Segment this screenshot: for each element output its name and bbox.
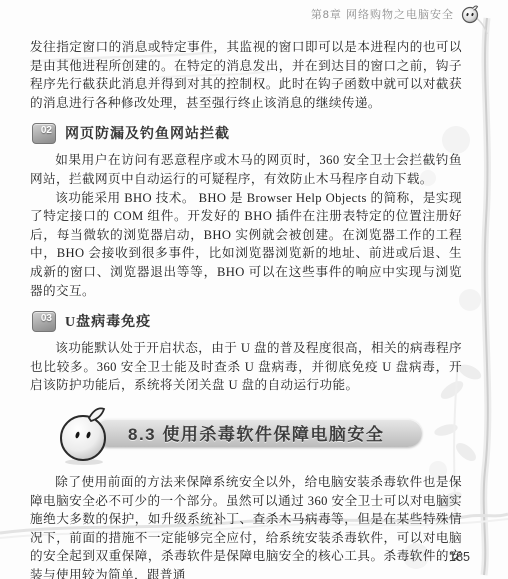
book-page: 第8章 网络购物之电脑安全 发往指定窗口的消息或特定事件，其监视的窗口即可以是本… <box>0 0 508 579</box>
section-02-paragraph-1: 如果用户在访问有恶意程序或木马的网页时，360 安全卫士会拦截钓鱼网站，拦截网页… <box>30 151 462 188</box>
section-83-heading: 8.3 使用杀毒软件保障电脑安全 <box>28 405 462 467</box>
section-title-02: 网页防漏及钓鱼网站拦截 <box>65 123 230 143</box>
intro-paragraph: 发往指定窗口的消息或特定事件，其监视的窗口即可以是本进程内的也可以是由其他进程所… <box>30 38 462 112</box>
mini-face-icon <box>460 4 480 24</box>
section-title-03: U盘病毒免疫 <box>65 311 151 331</box>
chapter-title: 第8章 网络购物之电脑安全 <box>311 6 454 22</box>
section-number-badge-03: 03 <box>32 311 56 332</box>
blob-face-icon <box>56 405 114 467</box>
section-83-title: 8.3 使用杀毒软件保障电脑安全 <box>128 420 384 445</box>
page-content: 发往指定窗口的消息或特定事件，其监视的窗口即可以是本进程内的也可以是由其他进程所… <box>0 24 508 579</box>
section-heading-02: 02 网页防漏及钓鱼网站拦截 <box>32 121 462 145</box>
section-83-paragraph-1: 除了使用前面的方法来保障系统安全以外，给电脑安装杀毒软件也是保障电脑安全必不可少… <box>30 473 462 579</box>
page-number: 185 <box>449 550 470 564</box>
section-02-paragraph-2: 该功能采用 BHO 技术。 BHO 是 Browser Help Objects… <box>30 189 462 301</box>
page-header: 第8章 网络购物之电脑安全 <box>0 0 508 24</box>
section-83-banner: 8.3 使用杀毒软件保障电脑安全 <box>94 419 422 447</box>
section-heading-03: 03 U盘病毒免疫 <box>32 309 462 333</box>
section-number-badge-02: 02 <box>32 123 56 144</box>
section-03-paragraph-1: 该功能默认处于开启状态，由于 U 盘的普及程度很高，相关的病毒程序也比较多。36… <box>30 339 462 395</box>
